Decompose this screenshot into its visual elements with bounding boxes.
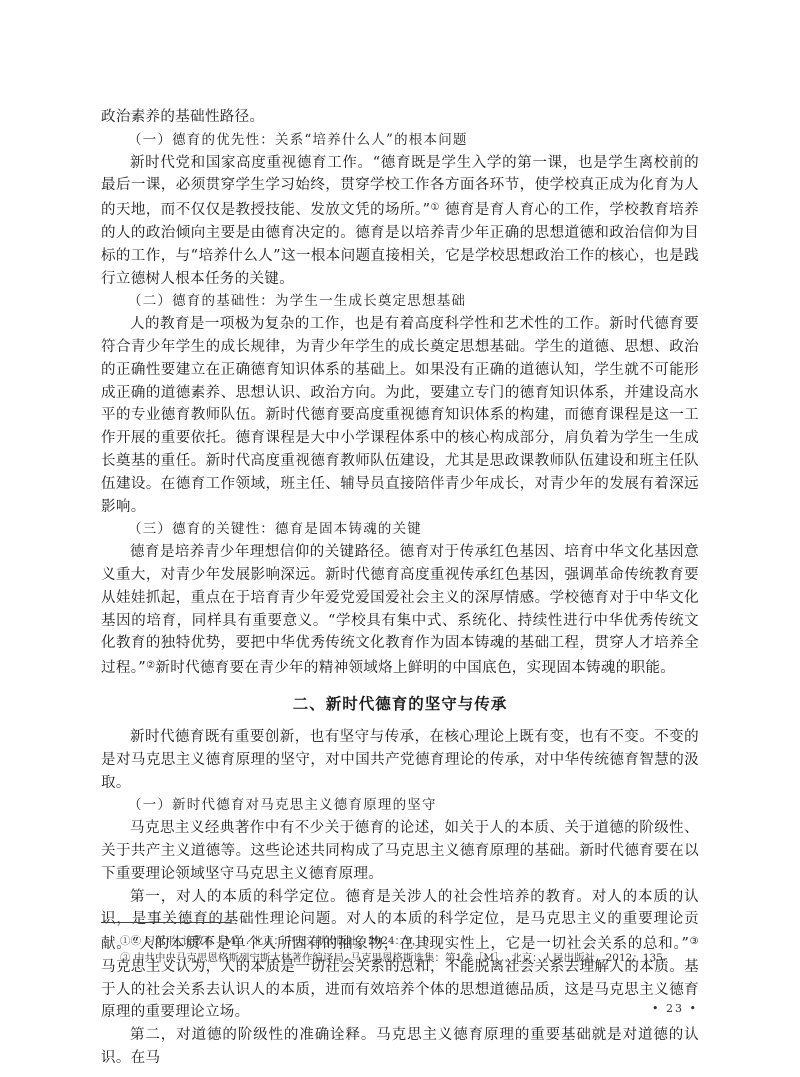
paragraph-text: 德育是培养青少年理想信仰的关键路径。德育对于传承红色基因、培育中华文化基因意义重… <box>101 544 699 676</box>
paragraph-text: 新时代德育要在青少年的精神领域烙上鲜明的中国底色，实现固本铸魂的职能。 <box>155 660 675 676</box>
section-heading: 二、新时代德育的坚守与传承 <box>101 692 699 716</box>
page-number: • 23 • <box>652 1002 698 1015</box>
footnote-ref[interactable]: ② <box>146 660 155 671</box>
paragraph: 第二，对道德的阶级性的准确诠释。马克思主义德育原理的重要基础就是对道德的认识。在… <box>101 1024 699 1070</box>
footnotes: ①② 习近平. 论教育［M］. 北京：中央文献出版社，2024：9，9. ③ 中… <box>120 933 710 967</box>
subheading: （三）德育的关键性：德育是固本铸魂的关键 <box>101 518 699 541</box>
subheading: （一）德育的优先性：关系“培养什么人”的根本问题 <box>101 129 699 152</box>
footnote-divider <box>101 922 231 923</box>
paragraph: 新时代德育既有重要创新，也有坚守与传承，在核心理论上既有变，也有不变。不变的是对… <box>101 726 699 794</box>
subheading: （二）德育的基础性：为学生一生成长奠定思想基础 <box>101 290 699 313</box>
footnote: ③ 中共中央马克思恩格斯列宁斯大林著作编译局. 马克思恩格斯选集：第1卷［M］.… <box>120 950 710 967</box>
paragraph: 人的教育是一项极为复杂的工作，也是有着高度科学性和艺术性的工作。新时代德育要符合… <box>101 313 699 518</box>
paragraph: 新时代党和国家高度重视德育工作。“德育既是学生入学的第一课，也是学生离校前的最后… <box>101 152 699 291</box>
paragraph-text: 马克思主义认为，人的本质是一切社会关系的总和，不能脱离社会关系去理解人的本质。基… <box>101 959 699 1021</box>
paragraph: 政治素养的基础性路径。 <box>101 106 699 129</box>
footnote: ①② 习近平. 论教育［M］. 北京：中央文献出版社，2024：9，9. <box>120 933 710 950</box>
paragraph: 德育是培养青少年理想信仰的关键路径。德育对于传承红色基因、培育中华文化基因意义重… <box>101 541 699 680</box>
footnote-ref[interactable]: ① <box>430 202 440 213</box>
subheading: （一）新时代德育对马克思主义德育原理的坚守 <box>101 794 699 817</box>
paragraph: 马克思主义经典著作中有不少关于德育的论述，如关于人的本质、关于道德的阶级性、关于… <box>101 817 699 885</box>
page-body: 政治素养的基础性路径。 （一）德育的优先性：关系“培养什么人”的根本问题 新时代… <box>101 106 699 1070</box>
